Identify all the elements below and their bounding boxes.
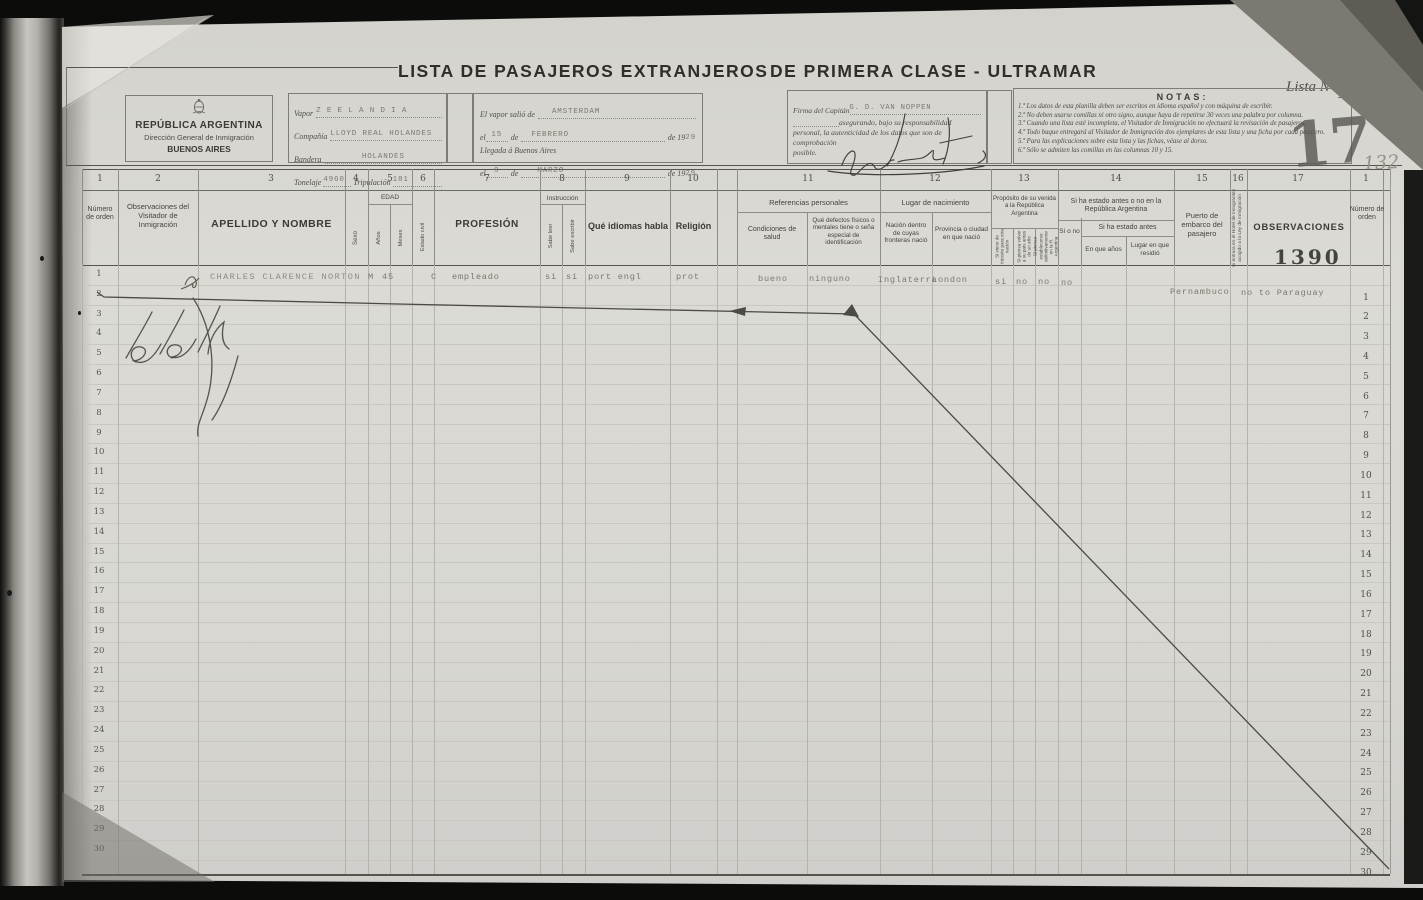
column-line (345, 265, 346, 874)
salida-dia: 15 (491, 131, 502, 139)
column-line (118, 169, 119, 265)
row1-volver: no (1016, 277, 1028, 287)
row1-name: CHARLES CLARENCE NORTON (210, 272, 361, 282)
row-line (82, 562, 1390, 563)
row-number: 3 (84, 309, 114, 319)
row-number: 17 (84, 586, 114, 596)
row-number: 12 (84, 487, 114, 497)
row-line (82, 503, 1390, 504)
subcolumn-line (390, 265, 391, 874)
colnum-7: 7 (475, 174, 499, 185)
colnum-6: 6 (411, 174, 435, 185)
row-number: 1 (1350, 293, 1382, 303)
col4-label: Sexo (349, 210, 363, 266)
row-number: 22 (1350, 709, 1382, 719)
row-line (82, 582, 1390, 583)
subcolumn-line (1126, 265, 1127, 874)
dust-speck (7, 590, 12, 596)
column-line (1247, 265, 1248, 874)
subcolumn-line (1013, 265, 1014, 874)
row-line (82, 741, 1390, 742)
row-line (82, 761, 1390, 762)
row1-ciudad: London (932, 275, 968, 285)
firma-label: Firma del Capitán (793, 106, 850, 115)
column-line (1174, 169, 1175, 265)
row-number: 22 (84, 685, 114, 695)
row-number: 28 (1350, 828, 1382, 838)
row1-idiomas: port engl (588, 272, 642, 282)
col15-label: Puerto de embarco del pasajero (1176, 212, 1228, 239)
table-top-border (82, 169, 1390, 170)
col8-sub2: Sabe escribir (566, 208, 580, 264)
row-number: 30 (1350, 868, 1382, 878)
voyage-box: El vapor salió deAMSTERDAM el15deFEBRERO… (473, 93, 703, 163)
vapor-label: Vapor (294, 109, 313, 118)
col16-label: Si entrara en el Hotel de Inmigrantes ac… (1229, 185, 1247, 271)
col11-label: Referencias personales (737, 199, 880, 208)
observaciones-stamp: 1390 (1274, 246, 1329, 270)
salida-mes: FEBRERO (521, 131, 569, 139)
captain-text-3: posible. (793, 148, 981, 158)
si-ha-estado-underline (1081, 236, 1174, 237)
column-line (198, 169, 199, 265)
subcolumn-line (390, 204, 391, 265)
colnum-row-border (82, 190, 1390, 191)
row-number: 4 (84, 328, 114, 338)
row-number: 2 (84, 289, 114, 299)
row-number: 26 (1350, 788, 1382, 798)
row-number: 4 (1350, 352, 1382, 362)
column-line (368, 169, 369, 265)
row-number: 15 (84, 547, 114, 557)
col17-label: OBSERVACIONES (1249, 222, 1349, 233)
col14-sub2: Si ha estado antes (1081, 224, 1174, 232)
column-line (717, 169, 718, 265)
row-line (82, 324, 1390, 325)
subcolumn-line (932, 212, 933, 265)
row-line (82, 721, 1390, 722)
row-line (82, 483, 1390, 484)
bandera-value: HOLANDES (362, 153, 405, 161)
subcolumn-line (1035, 265, 1036, 874)
col13-sub2: Si piensa volver a su país antes de un a… (1014, 229, 1035, 265)
captain-box: Firma del CapitánG. D. VAN NOPPEN asegur… (787, 90, 987, 164)
colnum-9: 9 (615, 174, 639, 185)
row-number: 14 (84, 527, 114, 537)
row-number: 17 (1350, 610, 1382, 620)
row-line (82, 463, 1390, 464)
org-city: BUENOS AIRES (126, 144, 272, 154)
row-line (82, 344, 1390, 345)
row-number: 24 (84, 725, 114, 735)
row-line (82, 404, 1390, 405)
row-number: 13 (84, 507, 114, 517)
pencil-page-number: 132 (1362, 151, 1399, 175)
col6-label: Estado civil (416, 207, 430, 267)
row-number: 7 (1350, 411, 1382, 421)
row-line (82, 681, 1390, 682)
row1-defectos: ninguno (809, 274, 851, 284)
column-line (737, 169, 738, 265)
col8-label: Instrucción (540, 195, 585, 203)
row-line (82, 622, 1390, 623)
col11-sub1: Condiciones de salud (739, 226, 805, 243)
org-name: REPÚBLICA ARGENTINA (126, 120, 272, 131)
col2-label: Observaciones del Visitador de Inmigraci… (121, 203, 195, 230)
row1-edad: 45 (382, 272, 394, 282)
estado-antes-underline (1058, 220, 1174, 221)
row-number: 29 (1350, 848, 1382, 858)
row-number: 20 (84, 646, 114, 656)
outer-right-line (1390, 169, 1391, 874)
column-line (118, 265, 119, 874)
row-number: 9 (84, 428, 114, 438)
colnum-8: 8 (550, 174, 574, 185)
column-line (1174, 265, 1175, 874)
row-number: 6 (84, 368, 114, 378)
row-number: 25 (84, 745, 114, 755)
row-number: 6 (1350, 392, 1382, 402)
row-number: 30 (84, 844, 114, 854)
row1-sabe-leer: si (545, 272, 557, 282)
column-line (434, 265, 435, 874)
row-number: 13 (1350, 530, 1382, 540)
compania-value: LLOYD REAL HOLANDES (330, 130, 432, 138)
col3-label: APELLIDO Y NOMBRE (200, 218, 343, 230)
colnum-2: 2 (140, 174, 176, 185)
colnum-5: 5 (378, 174, 402, 185)
row-number: 21 (84, 666, 114, 676)
tonelaje-value: 4960 (323, 176, 344, 184)
col12-label: Lugar de nacimiento (880, 199, 991, 208)
col7-label: PROFESIÓN (434, 219, 540, 231)
salida-anio: 29 (685, 134, 696, 142)
column-line (717, 265, 718, 874)
column-line (880, 265, 881, 874)
column-line (1383, 265, 1384, 874)
row-line (82, 662, 1390, 663)
col14-sub2a: En que años (1082, 246, 1125, 254)
spacer-cell-2 (987, 90, 1012, 164)
col18-label: Número de orden (1349, 206, 1385, 223)
lugar-underline (880, 212, 991, 213)
col10-label: Religión (670, 221, 717, 232)
colnum-10: 10 (681, 174, 705, 185)
col12-sub2: Provincia o ciudad en que nació (934, 226, 989, 241)
row-number: 11 (84, 467, 114, 477)
row-line (82, 800, 1390, 801)
row-number: 11 (1350, 491, 1382, 501)
row-number: 20 (1350, 669, 1382, 679)
row-number: 5 (1350, 372, 1382, 382)
colnum-17: 17 (1286, 174, 1310, 185)
row-number: 18 (84, 606, 114, 616)
row-line (82, 543, 1390, 544)
compania-label: Compañía (294, 132, 327, 141)
row-number: 27 (84, 785, 114, 795)
colnum-18: 1 (1354, 174, 1378, 185)
row-line (82, 602, 1390, 603)
row-number: 18 (1350, 630, 1382, 640)
row-line (82, 523, 1390, 524)
row-number: 27 (1350, 808, 1382, 818)
row-line (82, 384, 1390, 385)
col12-sub1: Nación dentro de cuyas fronteras nació (882, 222, 930, 245)
ship-box: VaporZ E E L A N D I A CompañíaLLOYD REA… (288, 93, 447, 163)
argentina-crest-icon (191, 98, 207, 115)
top-rule (66, 67, 398, 68)
column-line (368, 265, 369, 874)
colnum-12: 12 (923, 174, 947, 185)
org-box: REPÚBLICA ARGENTINA Dirección General de… (125, 95, 273, 162)
subcolumn-line (807, 265, 808, 874)
column-line (670, 169, 671, 265)
notas-title: NOTAS: (1018, 92, 1347, 102)
col5-sub2: Meses (394, 210, 408, 266)
row-number: 8 (1350, 431, 1382, 441)
column-line (670, 265, 671, 874)
row-number: 10 (1350, 471, 1382, 481)
row-line (82, 701, 1390, 702)
colnum-1: 1 (88, 174, 112, 185)
row1-religion: prot (676, 272, 700, 282)
row-line (82, 820, 1390, 821)
header-left-border (66, 67, 67, 165)
row-number: 2 (1350, 312, 1382, 322)
row-number: 28 (84, 804, 114, 814)
org-dept: Dirección General de Inmigración (126, 133, 272, 142)
page-title-left: LISTA DE PASAJEROS EXTRANJEROS (398, 61, 768, 82)
row-line (82, 305, 1390, 306)
colnum-16: 16 (1226, 174, 1250, 185)
row1-profesion: empleado (452, 272, 500, 282)
de-label-1: de (511, 133, 519, 142)
col13-label: Propósito de su venida a la República Ar… (991, 195, 1058, 217)
row-line (82, 424, 1390, 425)
row-number: 23 (1350, 729, 1382, 739)
dust-speck (40, 256, 44, 261)
header-body-border (82, 265, 1390, 266)
row-number: 5 (84, 348, 114, 358)
row1-observaciones: no to Paraguay (1241, 288, 1324, 298)
dust-speck (78, 311, 81, 315)
col11-sub2: Qué defectos físicos o mentales tiene o … (809, 217, 878, 247)
column-line (991, 265, 992, 874)
colnum-4: 4 (344, 174, 368, 185)
col5-label: EDAD (368, 194, 412, 202)
book-binding-edge (0, 18, 64, 886)
row-line (82, 840, 1390, 841)
row-number: 19 (84, 626, 114, 636)
row-number: 1 (84, 269, 114, 279)
salio-puerto: AMSTERDAM (538, 108, 600, 116)
column-line (198, 265, 199, 874)
column-line (1230, 265, 1231, 874)
subcolumn-line (562, 204, 563, 265)
row1-estuvo-antes: no (1061, 278, 1073, 288)
row-line (82, 364, 1390, 365)
row1-estado-civil: C (431, 272, 437, 282)
col9-label: Qué idiomas habla (586, 221, 670, 232)
row-number: 19 (1350, 649, 1382, 659)
row-number: 16 (84, 566, 114, 576)
col8-sub1: Sabe leer (544, 208, 558, 264)
row-line (82, 781, 1390, 782)
row-number: 14 (1350, 550, 1382, 560)
row-line (82, 642, 1390, 643)
row1-sabe-escribir: si (566, 272, 578, 282)
row-number: 26 (84, 765, 114, 775)
scanned-ledger-page: LISTA DE PASAJEROS EXTRANJEROS DE PRIMER… (0, 0, 1423, 900)
colnum-14: 14 (1104, 174, 1128, 185)
column-line (540, 169, 541, 265)
column-line (737, 265, 738, 874)
row-line (82, 285, 1390, 286)
column-line (585, 169, 586, 265)
row-number: 9 (1350, 451, 1382, 461)
col1-label: Número de orden (83, 206, 117, 223)
captain-text-2: personal, la autenticidad de los datos q… (793, 128, 981, 148)
colnum-13: 13 (1012, 174, 1036, 185)
row1-puerto: Pernambuco (1170, 287, 1230, 297)
row-number: 15 (1350, 570, 1382, 580)
column-line (1058, 265, 1059, 874)
col13-sub1: Si viene de tránsito para otra nación (992, 229, 1013, 265)
subcolumn-line (1081, 265, 1082, 874)
row-number: 23 (84, 705, 114, 715)
colnum-11: 11 (796, 174, 820, 185)
col5-sub1: Años (372, 210, 386, 266)
page-title-right: DE PRIMERA CLASE - ULTRAMAR (770, 61, 1097, 82)
salio-label: El vapor salió de (480, 110, 535, 119)
row-number: 12 (1350, 511, 1382, 521)
col13-sub3: Si piensa establecerse definitivamente e… (1036, 229, 1057, 265)
capitan-name: G. D. VAN NOPPEN (850, 104, 932, 112)
subcolumn-line (807, 212, 808, 265)
row1-sexo: M (368, 272, 374, 282)
llegada-label: Llegada á Buenos Aires (480, 146, 556, 155)
subcolumn-line (562, 265, 563, 874)
referencias-underline (737, 212, 880, 213)
row1-nacion: Inglaterra (878, 275, 938, 285)
bandera-label: Bandera (294, 155, 322, 164)
col14-sub1: Sí o no (1059, 228, 1080, 236)
row-number: 7 (84, 388, 114, 398)
column-line (540, 265, 541, 874)
column-line (880, 169, 881, 265)
row-number: 8 (84, 408, 114, 418)
row-line (82, 860, 1390, 861)
row-number: 25 (1350, 768, 1382, 778)
subcolumn-line (932, 265, 933, 874)
de19-label-1: de 19 (668, 133, 686, 142)
row-number: 10 (84, 447, 114, 457)
row1-salud: bueno (758, 274, 788, 284)
vapor-value: Z E E L A N D I A (316, 107, 407, 115)
row-number: 29 (84, 824, 114, 834)
colnum-15: 15 (1190, 174, 1214, 185)
column-line (585, 265, 586, 874)
pencil-list-number: 17 (1285, 103, 1373, 183)
row1-establecerse: no (1038, 277, 1050, 287)
row-number: 3 (1350, 332, 1382, 342)
row-number: 21 (1350, 689, 1382, 699)
col14-sub2b: Lugar en que residió (1127, 242, 1173, 257)
captain-text-1: asegurando, bajo su responsabilidad (839, 118, 951, 127)
table-bottom-border (82, 874, 1390, 876)
column-line (82, 265, 83, 874)
row-number: 24 (1350, 749, 1382, 759)
row-line (82, 443, 1390, 444)
tonelaje-label: Tonelaje (294, 178, 321, 187)
row-number: 16 (1350, 590, 1382, 600)
spacer-cell-1 (447, 93, 473, 163)
row1-transito: si (995, 277, 1007, 287)
col14-label: Si ha estado antes o no en la República … (1058, 198, 1174, 215)
colnum-3: 3 (253, 174, 289, 185)
column-line (412, 265, 413, 874)
header-bottom-rule (66, 165, 1402, 166)
